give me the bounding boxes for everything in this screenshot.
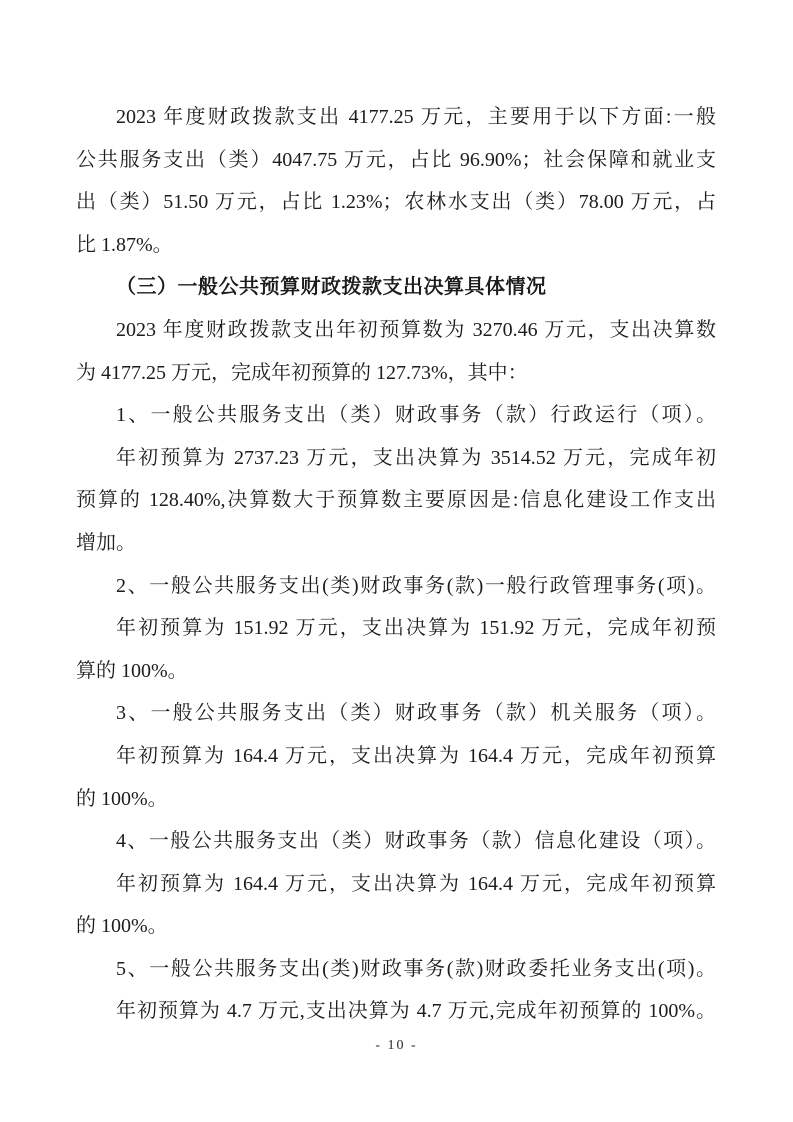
document-text-line: 2023 年度财政拨款支出 4177.25 万元，主要用于以下方面:一般 — [76, 96, 716, 139]
document-text-line: 比 1.87%。 — [76, 224, 716, 267]
document-text-line: 增加。 — [76, 522, 716, 565]
document-text-line: 公共服务支出（类）4047.75 万元，占比 96.90%；社会保障和就业支 — [76, 139, 716, 182]
document-text-line: 年初预算为 4.7 万元,支出决算为 4.7 万元,完成年初预算的 100%。 — [76, 990, 716, 1033]
document-text-line: 年初预算为 151.92 万元，支出决算为 151.92 万元，完成年初预 — [76, 607, 716, 650]
document-text-line: 的 100%。 — [76, 778, 716, 821]
document-text-line: 为 4177.25 万元，完成年初预算的 127.73%，其中： — [76, 352, 716, 395]
document-text-line: 2023 年度财政拨款支出年初预算数为 3270.46 万元，支出决算数 — [76, 309, 716, 352]
document-text-line: 4、一般公共服务支出（类）财政事务（款）信息化建设（项）。 — [76, 820, 716, 863]
document-text-line: 1、一般公共服务支出（类）财政事务（款）行政运行（项）。 — [76, 394, 716, 437]
page-number: - 10 - — [0, 1037, 793, 1055]
document-page: 2023 年度财政拨款支出 4177.25 万元，主要用于以下方面:一般公共服务… — [0, 0, 793, 1122]
document-text-line: 年初预算为 2737.23 万元，支出决算为 3514.52 万元，完成年初 — [76, 437, 716, 480]
document-text-line: 5、一般公共服务支出(类)财政事务(款)财政委托业务支出(项)。 — [76, 948, 716, 991]
document-text-line: 3、一般公共服务支出（类）财政事务（款）机关服务（项）。 — [76, 692, 716, 735]
document-text-line: 的 100%。 — [76, 905, 716, 948]
document-text-line: 预算的 128.40%,决算数大于预算数主要原因是:信息化建设工作支出 — [76, 479, 716, 522]
document-text-line: 年初预算为 164.4 万元，支出决算为 164.4 万元，完成年初预算 — [76, 735, 716, 778]
document-text-line: 2、一般公共服务支出(类)财政事务(款)一般行政管理事务(项)。 — [76, 565, 716, 608]
document-text-line: 算的 100%。 — [76, 650, 716, 693]
document-body: 2023 年度财政拨款支出 4177.25 万元，主要用于以下方面:一般公共服务… — [76, 96, 716, 1033]
document-text-line: 出（类）51.50 万元，占比 1.23%；农林水支出（类）78.00 万元，占 — [76, 181, 716, 224]
section-heading: （三）一般公共预算财政拨款支出决算具体情况 — [76, 266, 716, 309]
document-text-line: 年初预算为 164.4 万元，支出决算为 164.4 万元，完成年初预算 — [76, 863, 716, 906]
